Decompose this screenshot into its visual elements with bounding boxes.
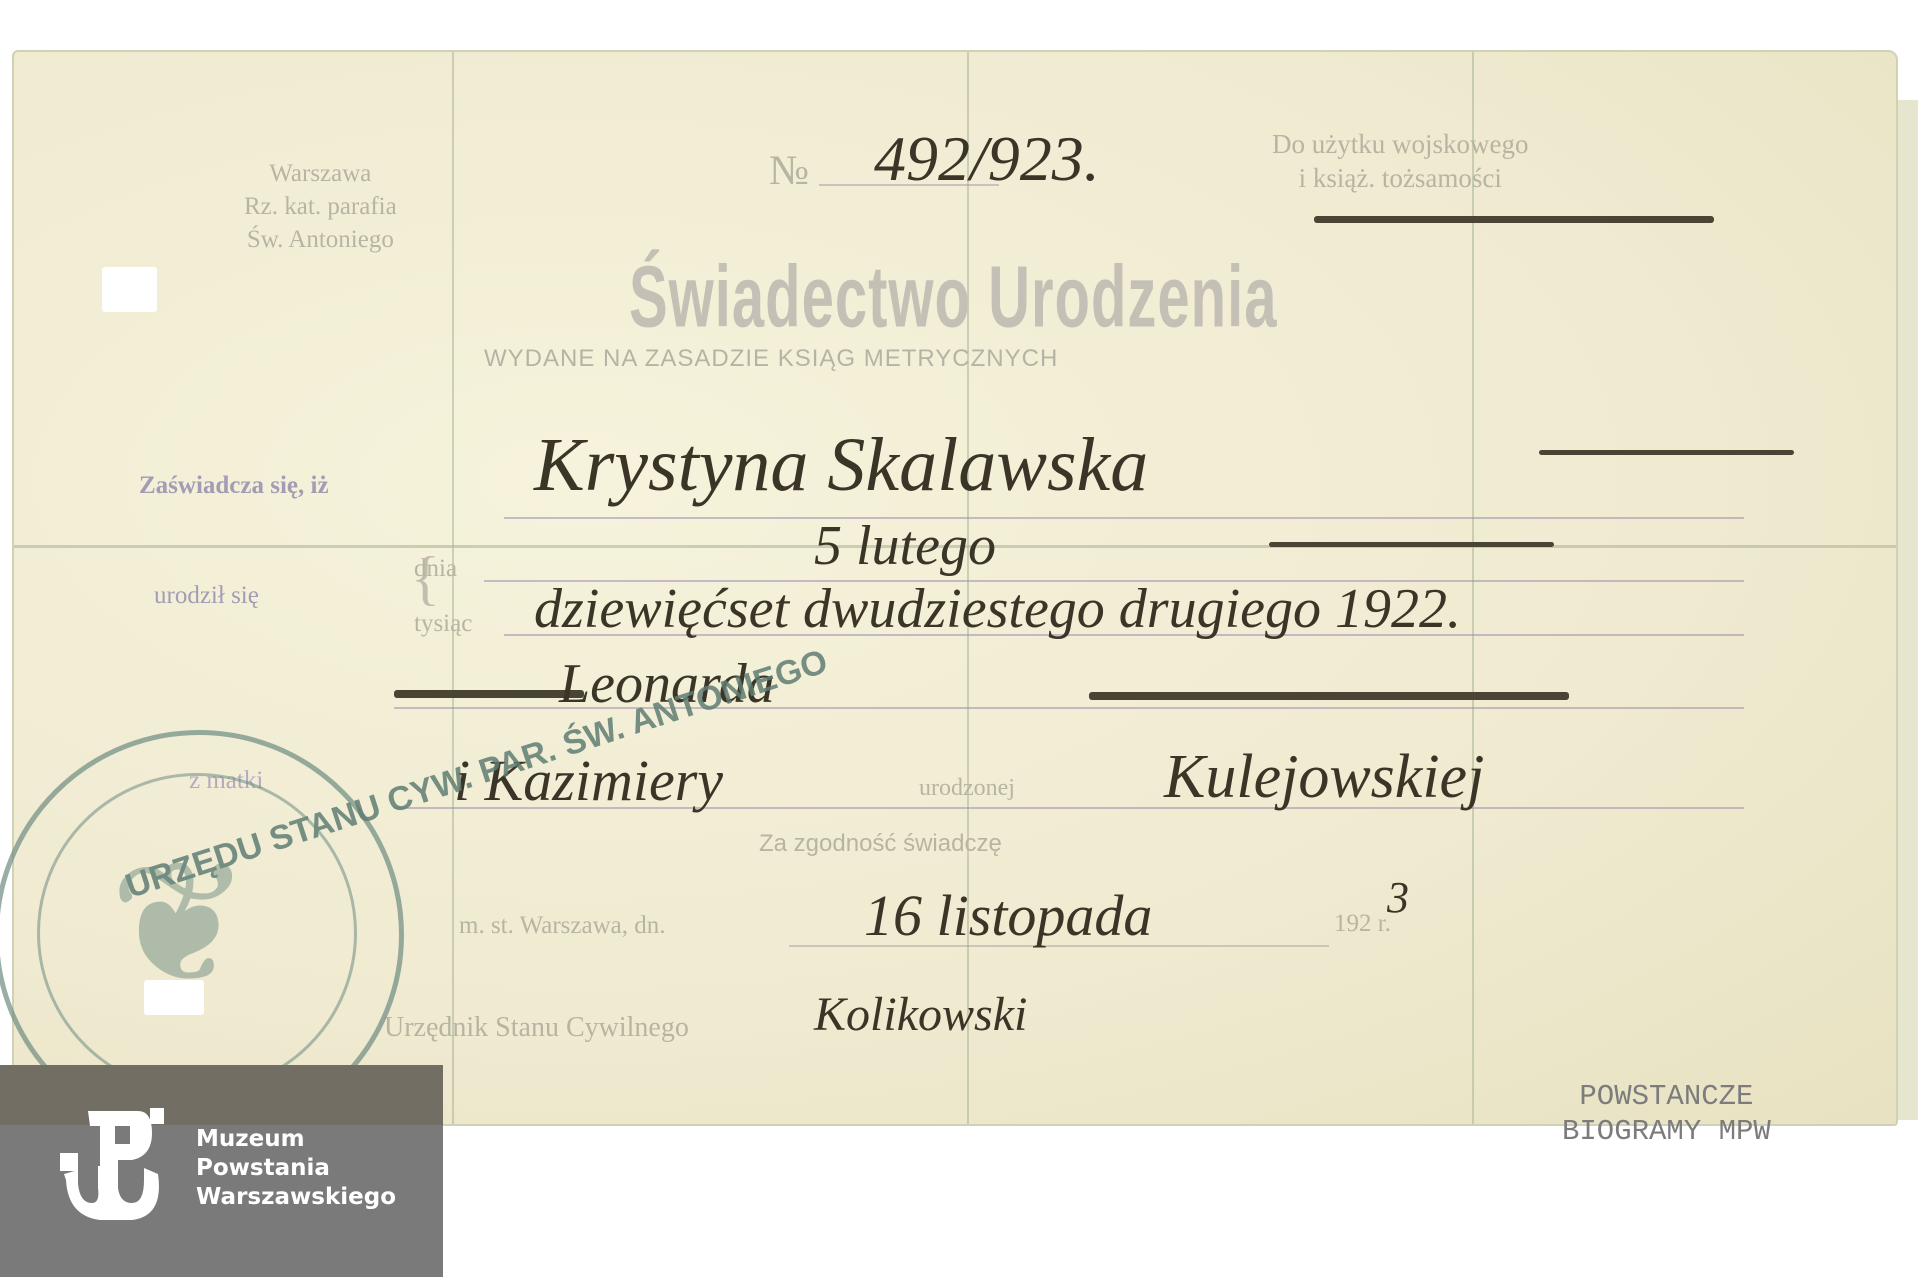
label-born: urodził się [154, 582, 259, 610]
header-parish: Rz. kat. parafia [244, 190, 397, 223]
paper-edge-strip [1895, 100, 1918, 1120]
ink-dash [1089, 692, 1569, 700]
label-thousand: tysiąc [414, 610, 472, 638]
watermark-line2: BIOGRAMY MPW [1562, 1114, 1771, 1149]
header-city: Warszawa [244, 157, 397, 190]
museum-name-line3: Warszawskiego [196, 1183, 396, 1212]
ink-dash [1539, 450, 1794, 455]
birth-day-month: 5 lutego [814, 514, 996, 578]
label-conformity: Za zgodność świadczę [759, 830, 1002, 858]
kotwica-anchor-logo-icon [60, 1108, 170, 1223]
fold-line [452, 52, 454, 1124]
signature: Kolikowski [814, 987, 1027, 1042]
ink-dash [1269, 542, 1554, 547]
document-subtitle: WYDANE NA ZASADZIE KSIĄG METRYCZNYCH [484, 345, 1058, 373]
ink-underline [1314, 216, 1714, 223]
stamp-text: URZĘDU STANU CYW. PAR. ŚW. ANTONIEGO [121, 642, 832, 906]
header-saint: Św. Antoniego [244, 223, 397, 256]
label-certify: Zaświadcza się, iż [139, 472, 329, 500]
eagle-emblem-icon: ❦ [109, 825, 251, 1023]
paper-hole [102, 267, 157, 312]
label-day: dnia [414, 555, 457, 583]
usage-note-line1: Do użytku wojskowego [1272, 127, 1528, 161]
child-name: Krystyna Skalawska [534, 422, 1148, 509]
label-registrar: Urzędnik Stanu Cywilnego [384, 1012, 689, 1044]
issue-year-digit: 3 [1387, 872, 1409, 923]
label-year-suffix: 192 r. [1334, 910, 1391, 938]
label-born-female: urodzonej [919, 775, 1015, 802]
birth-year-words: dziewięćset dwudziestego drugiego 1922. [534, 577, 1461, 641]
usage-note: Do użytku wojskowego i książ. tożsamości [1272, 127, 1528, 195]
museum-name-line1: Muzeum [196, 1125, 396, 1154]
paper-hole [144, 980, 204, 1015]
watermark-line1: POWSTANCZE [1562, 1079, 1771, 1114]
parish-header: Warszawa Rz. kat. parafia Św. Antoniego [244, 157, 397, 256]
document-title: Świadectwo Urodzenia [629, 247, 1277, 348]
birth-certificate-document: Warszawa Rz. kat. parafia Św. Antoniego … [12, 50, 1898, 1126]
usage-note-line2: i książ. tożsamości [1272, 161, 1528, 195]
label-place-date: m. st. Warszawa, dn. [459, 912, 666, 940]
mother-maiden-name: Kulejowskiej [1164, 742, 1484, 813]
number-label: № [769, 147, 809, 195]
issue-date: 16 listopada [864, 882, 1152, 949]
museum-name: Muzeum Powstania Warszawskiego [196, 1125, 396, 1212]
form-line [504, 517, 1744, 519]
biography-watermark: POWSTANCZE BIOGRAMY MPW [1562, 1079, 1771, 1149]
museum-name-line2: Powstania [196, 1154, 396, 1183]
certificate-number: 492/923. [874, 122, 1100, 196]
ink-flourish [394, 690, 584, 698]
fold-line [1472, 52, 1474, 1124]
